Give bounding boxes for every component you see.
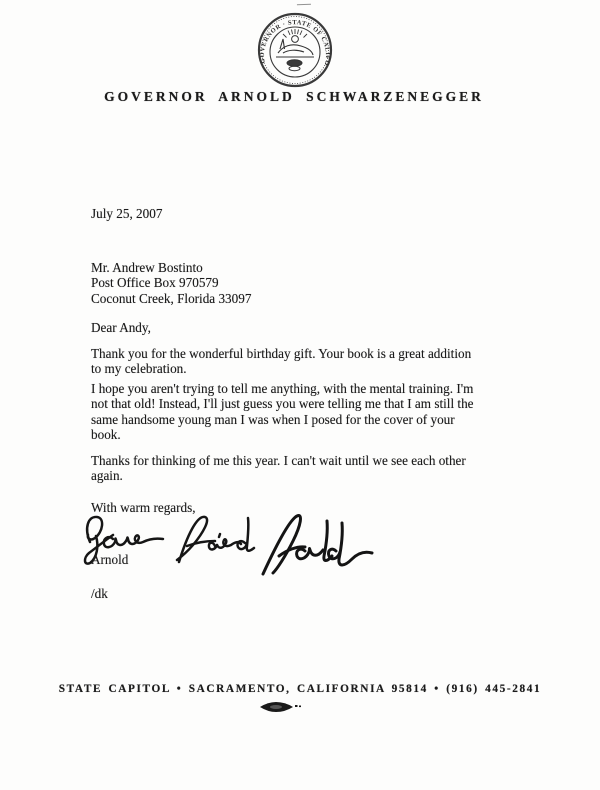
handwritten-signature	[82, 506, 376, 588]
letter-page: GOVERNOR · STATE OF CALIFORNIA ·	[0, 0, 600, 790]
recipient-address: Mr. Andrew Bostinto Post Office Box 9705…	[91, 260, 251, 306]
letter-line: Thank you for the wonderful birthday gif…	[91, 346, 521, 361]
letter-line: again.	[91, 468, 521, 483]
recipient-po-box: Post Office Box 970579	[91, 275, 251, 290]
governor-seal: GOVERNOR · STATE OF CALIFORNIA ·	[256, 9, 334, 89]
footer-ornament-icon	[259, 701, 303, 713]
letter-date: July 25, 2007	[91, 206, 162, 221]
letter-line: not that old! Instead, I'll just guess y…	[91, 396, 521, 411]
letter-line: to my celebration.	[91, 361, 521, 376]
seal-bear	[287, 60, 302, 71]
recipient-name: Mr. Andrew Bostinto	[91, 260, 251, 275]
seal-minerva-scene	[276, 39, 314, 57]
letter-line: I hope you aren't trying to tell me anyt…	[91, 381, 521, 396]
paragraph-3: Thanks for thinking of me this year. I c…	[91, 453, 521, 484]
recipient-city: Coconut Creek, Florida 33097	[91, 291, 251, 306]
letter-line: Thanks for thinking of me this year. I c…	[91, 453, 521, 468]
letter-line: same handsome young man I was when I pos…	[91, 412, 521, 427]
footer-address: STATE CAPITOL • SACRAMENTO, CALIFORNIA 9…	[0, 683, 600, 695]
typed-signer-name: Arnold	[91, 552, 128, 567]
california-governor-seal-icon: GOVERNOR · STATE OF CALIFORNIA ·	[256, 9, 334, 89]
letterhead-title: GOVERNOR ARNOLD SCHWARZENEGGER	[0, 89, 588, 105]
salutation: Dear Andy,	[91, 320, 151, 335]
seal-sun-rays	[283, 29, 307, 38]
reference-initials: /dk	[91, 586, 108, 601]
scan-artifact	[297, 4, 311, 8]
letter-line: book.	[91, 427, 521, 442]
paragraph-1: Thank you for the wonderful birthday gif…	[91, 346, 521, 377]
paragraph-2: I hope you aren't trying to tell me anyt…	[91, 381, 521, 443]
